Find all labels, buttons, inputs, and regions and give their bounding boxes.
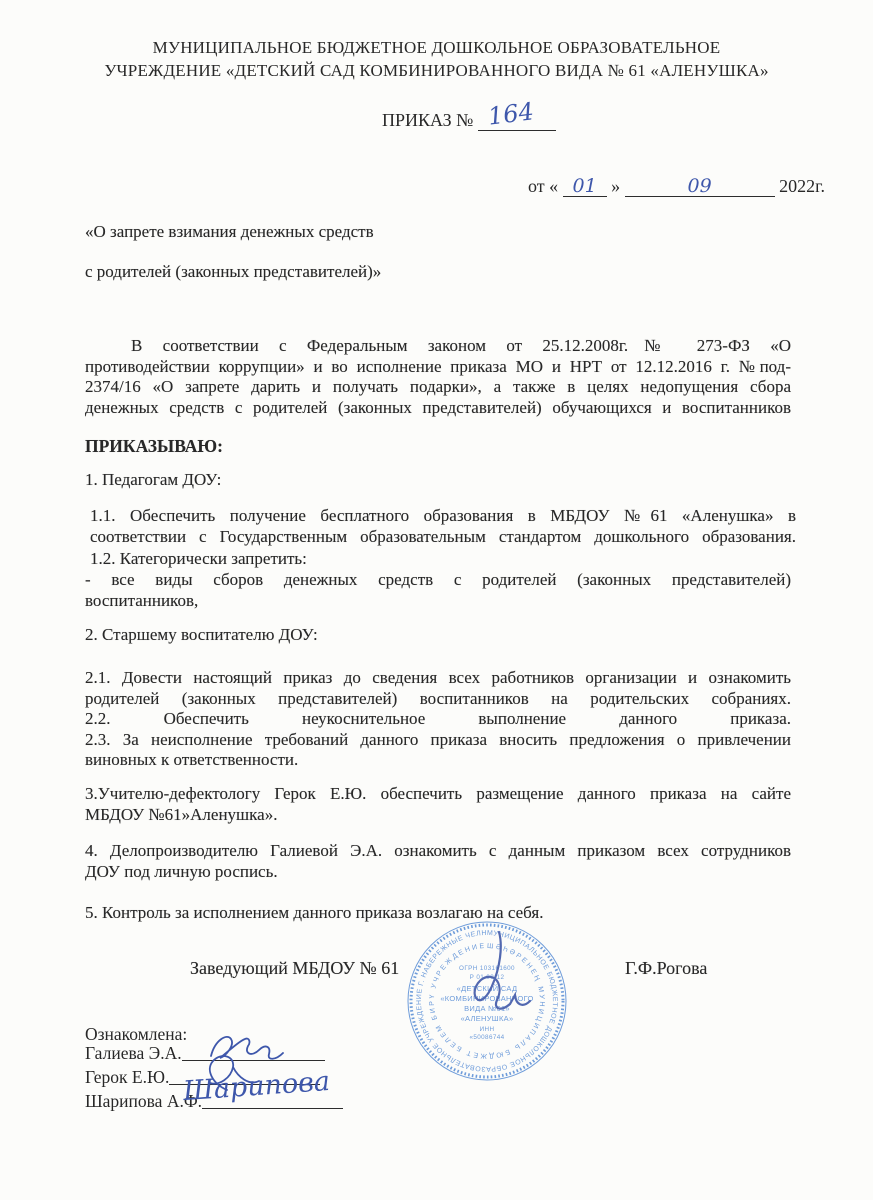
ack-name: Герок Е.Ю. [85, 1066, 169, 1088]
date-line: от « 01 » 09 2022г. [528, 176, 825, 197]
text-line: ДОУ под личную роспись. [85, 862, 791, 883]
text-line: 4. Делопроизводителю Галиевой Э.А. ознак… [85, 841, 791, 862]
director-name: Г.Ф.Рогова [625, 958, 707, 979]
org-header: МУНИЦИПАЛЬНОЕ БЮДЖЕТНОЕ ДОШКОЛЬНОЕ ОБРАЗ… [0, 36, 873, 82]
text-line: 2374/16 «О запрете дарить и получать под… [85, 377, 791, 398]
date-day-handwritten: 01 [563, 177, 607, 197]
text-line: 3.Учителю-дефектологу Герок Е.Ю. обеспеч… [85, 784, 791, 805]
section-item-1-2-list: - все виды сборов денежных средств с род… [85, 570, 791, 611]
section-item-1-2: 1.2. Категорически запретить: [85, 549, 796, 570]
intro-paragraph: В соответствии с Федеральным законом от … [85, 336, 791, 418]
section-item-1: 1. Педагогам ДОУ: [85, 470, 791, 491]
text-line: - все виды сборов денежных средств с род… [85, 570, 791, 591]
text-line: воспитанников, [85, 591, 791, 612]
text-line: МБДОУ №61»Аленушка». [85, 805, 791, 826]
text-line: 1.1. Обеспечить получение бесплатного об… [90, 506, 796, 527]
section-item-3: 3.Учителю-дефектологу Герок Е.Ю. обеспеч… [85, 784, 791, 825]
scanned-order-document: МУНИЦИПАЛЬНОЕ БЮДЖЕТНОЕ ДОШКОЛЬНОЕ ОБРАЗ… [0, 0, 873, 1200]
text-line: соответствии с Государственным образоват… [90, 527, 796, 548]
date-month-handwritten: 09 [625, 177, 775, 197]
text-line: 2.1. Довести настоящий приказ до сведени… [85, 668, 791, 689]
order-number-handwritten: 164 [486, 97, 535, 130]
org-name-line1: МУНИЦИПАЛЬНОЕ БЮДЖЕТНОЕ ДОШКОЛЬНОЕ ОБРАЗ… [0, 36, 873, 59]
text-line: родителей (законных представителей) восп… [85, 689, 791, 710]
order-label: ПРИКАЗ № [382, 110, 473, 130]
text-line: 2.3. За неисполнение требований данного … [85, 730, 791, 751]
subject-line-2: с родителей (законных представителей)» [85, 262, 791, 283]
date-close-quote: » [611, 176, 620, 196]
signature-handwritten-text: Шарипова [182, 1071, 330, 1103]
date-year: 2022г. [779, 176, 825, 196]
subject-line-1: «О запрете взимания денежных средств [85, 222, 791, 243]
section-item-2-block: 2.1. Довести настоящий приказ до сведени… [85, 668, 791, 771]
text-line: 2.2. Обеспечить неукоснительное выполнен… [85, 709, 791, 730]
stamp-inn-label: ИНН [480, 1026, 495, 1033]
director-position: Заведующий МБДОУ № 61 [190, 958, 399, 979]
text-line: В соответствии с Федеральным законом от … [85, 336, 791, 357]
ack-row: Шарипова А.Ф. Шарипова [85, 1090, 343, 1112]
org-name-line2: УЧРЕЖДЕНИЕ «ДЕТСКИЙ САД КОМБИНИРОВАННОГО… [0, 59, 873, 82]
text-line: противодействии коррупции» и во исполнен… [85, 357, 791, 378]
text-line: денежных средств с родителей (законных п… [85, 398, 791, 419]
section-item-1-1: 1.1. Обеспечить получение бесплатного об… [85, 506, 796, 547]
stamp-name-4: «АЛЕНУШКА» [461, 1014, 514, 1023]
date-prefix: от « [528, 176, 558, 196]
order-number-slot: 164 [478, 110, 556, 131]
stamp-ogrn: ОГРН 103161600 [459, 965, 515, 972]
stamp-name-1: «ДЕТСКИЙ САД [457, 984, 518, 993]
ack-name: Галиева Э.А. [85, 1042, 182, 1064]
order-title-row: ПРИКАЗ № 164 [382, 110, 556, 131]
text-line: виновных к ответственности. [85, 750, 791, 771]
official-stamp: МУНИЦИПАЛЬНОЕ БЮДЖЕТНОЕ ДОШКОЛЬНОЕ ОБРАЗ… [402, 916, 572, 1086]
resolution-heading: ПРИКАЗЫВАЮ: [85, 436, 791, 457]
section-item-2: 2. Старшему воспитателю ДОУ: [85, 625, 791, 646]
section-item-4: 4. Делопроизводителю Галиевой Э.А. ознак… [85, 841, 791, 882]
stamp-inn-value: «50086744 [469, 1034, 504, 1041]
